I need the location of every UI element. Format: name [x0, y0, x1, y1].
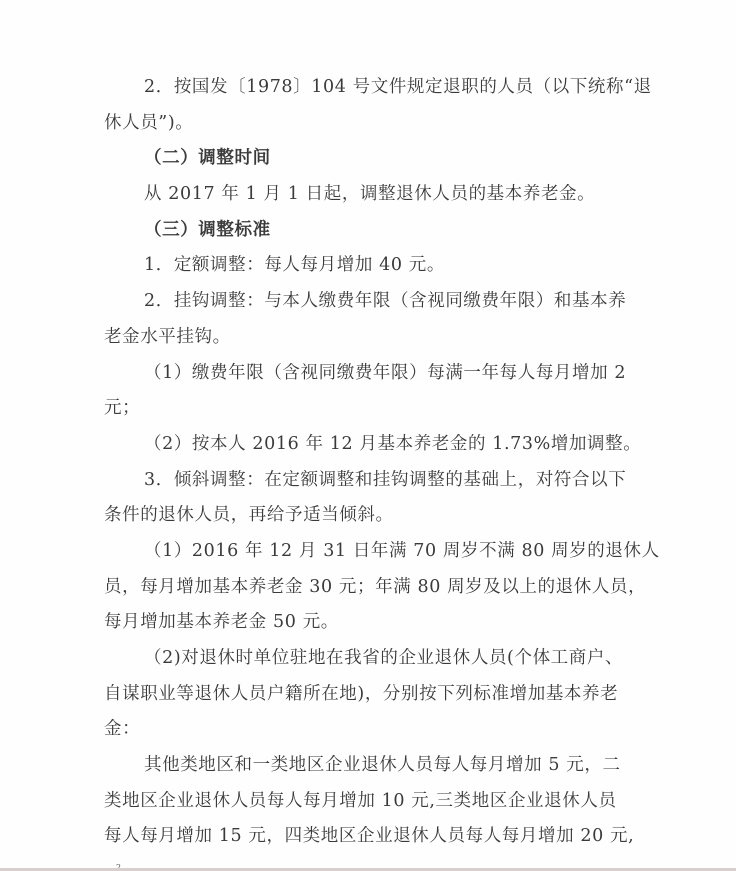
document-body: 2．按国发〔1978〕104 号文件规定退职的人员（以下统称“退 休人员”)。 …	[104, 70, 644, 855]
text-line: 2．按国发〔1978〕104 号文件规定退职的人员（以下统称“退	[104, 70, 644, 106]
text-line: （1）缴费年限（含视同缴费年限）每满一年每人每月增加 2	[104, 356, 644, 392]
text-line: 元；	[104, 391, 644, 427]
text-line: 类地区企业退休人员每人每月增加 10 元,三类地区企业退休人员	[104, 784, 644, 820]
text-line: 2．挂钩调整：与本人缴费年限（含视同缴费年限）和基本养	[104, 284, 644, 320]
text-line: 员，每月增加基本养老金 30 元；年满 80 周岁及以上的退休人员，	[104, 570, 644, 606]
text-line: 每月增加基本养老金 50 元。	[104, 605, 644, 641]
text-line: 休人员”)。	[104, 106, 644, 142]
section-heading-adjustment-time: （二）调整时间	[104, 141, 644, 177]
text-line: 3．倾斜调整：在定额调整和挂钩调整的基础上，对符合以下	[104, 463, 644, 499]
text-line: 条件的退休人员，再给予适当倾斜。	[104, 498, 644, 534]
section-heading-adjustment-standard: （三）调整标准	[104, 213, 644, 249]
text-line: 自谋职业等退休人员户籍所在地)，分别按下列标准增加基本养老	[104, 677, 644, 713]
text-line: 其他类地区和一类地区企业退休人员每人每月增加 5 元，二	[104, 748, 644, 784]
text-line: 每人每月增加 15 元，四类地区企业退休人员每人每月增加 20 元,	[104, 819, 644, 855]
text-line: 老金水平挂钩。	[104, 320, 644, 356]
text-line: （2)对退休时单位驻地在我省的企业退休人员(个体工商户、	[104, 641, 644, 677]
document-page: 2．按国发〔1978〕104 号文件规定退职的人员（以下统称“退 休人员”)。 …	[0, 0, 736, 868]
text-line: （2）按本人 2016 年 12 月基本养老金的 1.73%增加调整。	[104, 427, 644, 463]
text-line: 1．定额调整：每人每月增加 40 元。	[104, 248, 644, 284]
text-line: （1）2016 年 12 月 31 日年满 70 周岁不满 80 周岁的退休人	[104, 534, 644, 570]
text-line: 从 2017 年 1 月 1 日起，调整退休人员的基本养老金。	[104, 177, 644, 213]
text-line: 金：	[104, 712, 644, 748]
